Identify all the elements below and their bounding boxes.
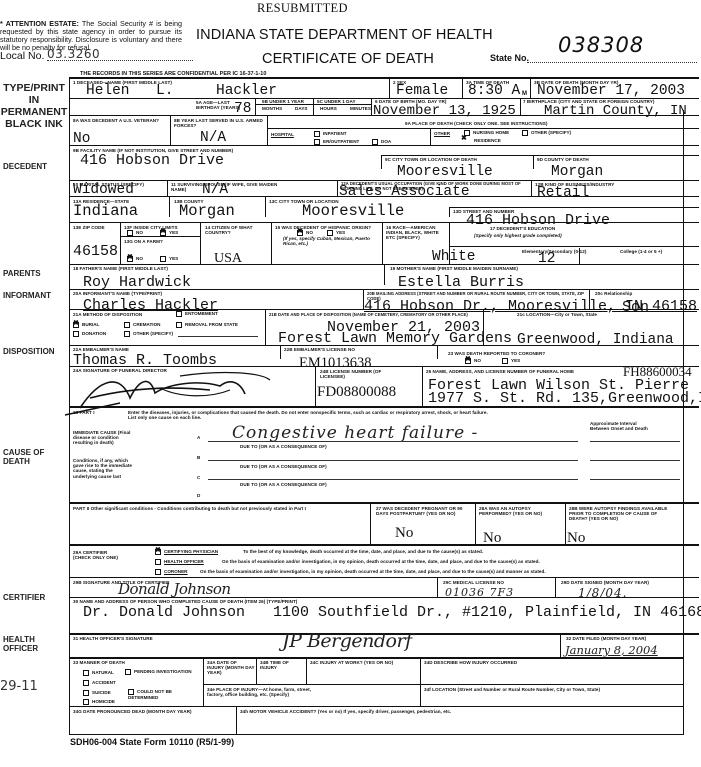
state-number-dots [527, 62, 697, 63]
relationship-label: 20c Relationship [595, 291, 632, 296]
education-college-label: College (1-4 or 5 +) [620, 249, 662, 254]
zip-label: 13e ZIP CODE [73, 225, 105, 230]
business-value: Retail [537, 186, 589, 201]
side-label-decedent: DECEDENT [3, 162, 47, 173]
year-served-value: N/A [200, 131, 226, 146]
due-to-c: DUE TO (OR AS A CONSEQUENCE OF) [240, 482, 327, 487]
under-1-year-days: Days [295, 106, 308, 111]
checkbox-icon [73, 331, 79, 337]
checkbox-icon [128, 689, 134, 695]
disposition-date-place-label: 21b DATE AND PLACE OF DISPOSITION (Name … [269, 312, 481, 317]
autopsy-label: 28a WAS AN AUTOPSY PERFORMED? (Yes or no… [479, 506, 559, 516]
hispanic-yes-checkbox[interactable]: Yes [327, 229, 345, 236]
injury-place-label: 34e PLACE OF INJURY—At home, farm, stree… [207, 687, 327, 697]
checkbox-icon [83, 690, 89, 696]
injury-date-label: 34a DATE OF INJURY (Month Day Year) [207, 660, 255, 676]
checkbox-checked-icon [160, 230, 166, 236]
cause-line-b-letter: b [197, 455, 200, 460]
res-county-value: Morgan [179, 204, 235, 219]
checkbox-icon [83, 680, 89, 686]
farm-no-checkbox[interactable]: No [127, 255, 143, 262]
education-note: (Specify only highest grade completed) [474, 233, 562, 238]
part1-label: 26 PART I [73, 410, 95, 415]
due-to-a: DUE TO (OR AS A CONSEQUENCE OF) [240, 444, 327, 449]
manner-undetermined-checkbox[interactable]: Could not be Determined [128, 689, 188, 700]
funeral-home-address: 1977 S. St. Rd. 135,Greenwood,IN 46143 [428, 391, 701, 406]
checkbox-icon [127, 230, 133, 236]
side-label-parents: PARENTS [3, 269, 41, 280]
farm-yes-checkbox[interactable]: Yes [160, 255, 178, 262]
checkbox-icon [124, 322, 130, 328]
father-label: 18 FATHER'S NAME (First Middle Last) [73, 266, 168, 271]
injury-work-label: 34c INJURY AT WORK? (Yes or no) [310, 660, 400, 665]
place-of-death-label: 9a PLACE OF DEATH (Check only one. See i… [405, 121, 547, 126]
checkbox-checked-icon [73, 322, 79, 328]
sex-value: Female [396, 84, 448, 99]
manner-label: 33 MANNER OF DEATH [73, 660, 125, 665]
checkmark-x-icon [462, 138, 471, 144]
under-1-day-hours: Hours [320, 106, 337, 111]
hospital-doa-checkbox[interactable]: DOA [372, 138, 391, 145]
cause-line-c-letter: c [197, 475, 200, 480]
manner-accident-checkbox[interactable]: Accident [83, 679, 116, 686]
method-other-checkbox[interactable]: Other (Specify) [124, 330, 173, 337]
checkbox-icon [83, 670, 89, 676]
zip-value: 46158 [73, 244, 118, 259]
inside-city-no-checkbox[interactable]: No [127, 229, 143, 236]
coroner-yes-checkbox[interactable]: Yes [502, 357, 520, 364]
hispanic-note: (If yes, specify Cuban, Mexican, Puerto … [283, 236, 383, 246]
side-label-type-print: TYPE/PRINT IN PERMANENT BLACK INK [0, 82, 68, 130]
certifier-coroner-checkbox[interactable]: CORONER [155, 568, 187, 575]
injury-location-label: 34f LOCATION (Street and Number or Rural… [424, 687, 600, 692]
side-label-health-officer: HEALTH OFFICER [3, 635, 53, 653]
immediate-cause-label: IMMEDIATE CAUSE (Final disease or condit… [73, 430, 133, 446]
side-label-certifier: CERTIFIER [3, 593, 45, 604]
informant-name-label: 20a INFORMANT'S NAME (Type/Print) [73, 291, 162, 296]
certifier-health-officer-checkbox[interactable]: HEALTH OFFICER [155, 558, 204, 565]
pregnant-label: 27 WAS DECEDENT PREGNANT OR 90 DAYS POST… [376, 506, 466, 516]
checkbox-icon [124, 331, 130, 337]
checkbox-checked-icon [297, 230, 303, 236]
res-city-value: Mooresville [302, 204, 404, 219]
death-city-label: 9c CITY TOWN OR LOCATION OF DEATH [385, 157, 477, 162]
checkbox-checked-icon [127, 256, 133, 262]
checkbox-icon [327, 230, 333, 236]
medical-license-label: 29c MEDICAL LICENSE NO [443, 580, 504, 585]
race-value: White [432, 250, 476, 265]
cause-line-a-value: Congestive heart failure - [232, 423, 478, 443]
fd-license-value: FD08800088 [317, 384, 396, 401]
checkbox-icon [372, 139, 378, 145]
cause-line-a-letter: a [197, 435, 200, 440]
agency-title: INDIANA STATE DEPARTMENT OF HEALTH [196, 27, 493, 43]
injury-how-label: 34d DESCRIBE HOW INJURY OCCURRED [424, 660, 517, 665]
checkbox-icon [125, 669, 131, 675]
side-label-informant: INFORMANT [3, 291, 51, 302]
occupation-value: Sales Associate [339, 185, 470, 200]
date-filed-value: January 8, 2004 [565, 643, 658, 657]
mother-value: Estella Burris [398, 275, 524, 290]
time-of-death-suffix: M [522, 91, 527, 97]
local-number-value: 03.3260 [47, 47, 100, 61]
method-donation-checkbox[interactable]: Donation [73, 330, 106, 337]
completer-address: 1100 Southfield Dr., #1210, Plainfield, … [273, 605, 701, 620]
checkbox-icon [314, 139, 320, 145]
side-label-disposition: DISPOSITION [3, 347, 55, 358]
hospital-er-checkbox[interactable]: ER/Outpatient [314, 138, 359, 145]
date-signed-label: 29d DATE SIGNED (Month Day Year) [561, 580, 649, 585]
pronounced-label: 34g DATE PRONOUNCED DEAD (Month Day Year… [73, 709, 192, 714]
year-served-label: 8b YEAR LAST SERVED IN U.S. ARMED FORCES… [174, 118, 264, 128]
date-of-death-value: November 17, 2003 [537, 84, 685, 99]
checkbox-icon [160, 256, 166, 262]
local-number-dots [47, 60, 193, 61]
under-1-day-minutes: Minutes [350, 106, 371, 111]
under-1-year-months: Months [262, 106, 282, 111]
method-label: 21a METHOD OF DISPOSITION [73, 312, 142, 317]
injury-time-label: 34b TIME OF INJURY [260, 660, 302, 670]
certifier-health-officer-text: On the basis of examination and/or inves… [222, 559, 540, 564]
disposition-place-value: Forest Lawn Memory Gardens [278, 331, 512, 346]
part1-instructions: Enter the diseases, injuries, or complic… [128, 410, 488, 420]
form-bottom-border [69, 734, 684, 735]
mother-label: 19 MOTHER'S NAME (First Middle Maiden Su… [390, 266, 518, 271]
manner-natural-checkbox[interactable]: Natural [83, 669, 114, 676]
method-cremation-checkbox[interactable]: Cremation [124, 321, 160, 328]
hispanic-label: 15 WAS DECEDENT OF HISPANIC ORIGIN? [275, 225, 371, 230]
checkbox-icon [176, 322, 182, 328]
manner-homicide-checkbox[interactable]: Homicide [83, 698, 115, 705]
facility-value: 416 Hobson Drive [80, 153, 224, 168]
resubmitted-stamp: RESUBMITTED [257, 1, 348, 16]
veteran-label: 8a WAS DECEDENT A U.S. VETERAN? [73, 118, 163, 123]
due-to-b: DUE TO (OR AS A CONSEQUENCE OF) [240, 464, 327, 469]
side-label-cause-of-death: CAUSE OF DEATH [3, 448, 63, 466]
checkbox-icon [155, 569, 161, 575]
certifier-coroner-text: On the basis of examination and/or inves… [200, 569, 546, 574]
interval-label: Approximate Interval Between Onset and D… [590, 421, 648, 431]
form-right-border [683, 110, 684, 734]
part2-label: PART II Other significant conditions - C… [73, 506, 368, 511]
certifier-label: 29a CERTIFIER (Check only one) [73, 550, 123, 560]
health-officer-signature-label: 31 HEALTH OFFICER'S SIGNATURE [73, 636, 153, 641]
pregnant-value: No [395, 525, 413, 542]
coroner-label: 23 WAS DEATH REPORTED TO CORONER? [448, 351, 545, 356]
cause-line-d-letter: d [197, 493, 200, 498]
checkbox-checked-icon [155, 549, 161, 555]
education-label: 17 DECEDENT'S EDUCATION [490, 226, 555, 231]
embalmer-license-label: 22b EMBALMER'S LICENSE NO [284, 347, 355, 352]
funeral-home-label: 25 NAME, ADDRESS, AND LICENSE NUMBER OF … [426, 369, 574, 374]
citizen-label: 14 CITIZEN OF WHAT COUNTRY? [205, 225, 269, 235]
farm-label: 13g ON A FARM? [124, 239, 163, 244]
disposition-location-label: 21c LOCATION—City or Town, State [517, 312, 597, 317]
race-label: 16 RACE—American Indian, Black, White et… [386, 225, 446, 241]
local-number: Local No. [0, 50, 44, 62]
checkbox-icon [155, 559, 161, 565]
death-county-label: 9d COUNTY OF DEATH [537, 157, 589, 162]
spouse-label: 11 SURVIVING SPOUSE (If wife, give maide… [171, 182, 291, 192]
death-county-value: Morgan [551, 165, 603, 180]
deceased-last-name: Hackler [216, 84, 277, 99]
checkbox-icon [176, 311, 182, 317]
manner-pending-checkbox[interactable]: Pending Investigation [125, 669, 195, 675]
coroner-no-checkbox[interactable]: No [465, 357, 481, 364]
deceased-middle-name: L. [156, 84, 173, 99]
method-burial-checkbox[interactable]: Burial [73, 321, 99, 328]
autopsy-findings-label: 28b WERE AUTOPSY FINDINGS AVAILABLE PRIO… [569, 506, 669, 522]
checkbox-icon [502, 358, 508, 364]
death-city-value: Mooresville [397, 165, 493, 180]
res-state-value: Indiana [73, 204, 138, 219]
checkbox-icon [522, 130, 528, 136]
date-filed-label: 32 DATE FILED (Month Day Year) [566, 636, 646, 641]
certifier-physician-checkbox[interactable]: CERTIFYING PHYSICIAN [155, 548, 218, 555]
completer-name: Dr. Donald Johnson [83, 605, 245, 620]
certifier-signature: Donald Johnson [118, 580, 231, 598]
method-entombment-checkbox[interactable]: Entombment [176, 310, 218, 317]
manner-suicide-checkbox[interactable]: Suicide [83, 689, 111, 696]
conditions-label: Conditions, if any, which gave rise to t… [73, 458, 133, 479]
method-removal-checkbox[interactable]: Removal from State [176, 321, 238, 328]
checkbox-icon [83, 699, 89, 705]
certificate-title: CERTIFICATE OF DEATH [262, 51, 434, 67]
local-number-label: Local No. [0, 50, 44, 62]
other-residence-checkbox[interactable]: Residence [462, 137, 501, 144]
checkbox-checked-icon [465, 358, 471, 364]
hospital-label: HOSPITAL [271, 131, 294, 138]
time-of-death-value: 8:30 A [468, 84, 520, 99]
state-number-value: 038308 [558, 33, 644, 57]
certifier-physician-text: To the best of my knowledge, death occur… [243, 549, 483, 554]
under-1-day-label: 5c UNDER 1 DAY [317, 99, 356, 104]
father-value: Roy Hardwick [83, 275, 191, 290]
fd-license-label: 24b LICENSE NUMBER (of Licensee) [320, 369, 390, 379]
deceased-first-name: Helen [86, 84, 130, 99]
motor-vehicle-label: 34h MOTOR VEHICLE ACCIDENT? (Yes or no) … [240, 709, 451, 714]
inside-city-yes-checkbox[interactable]: Yes [160, 229, 178, 236]
margin-note: 29-11 [0, 679, 38, 694]
health-officer-signature: JP Bergendorf [282, 630, 412, 652]
other-other-checkbox[interactable]: Other (Specify) [522, 129, 571, 136]
other-label: OTHER [434, 130, 450, 137]
relationship-value: Son [622, 300, 649, 315]
checkbox-icon [314, 131, 320, 137]
hospital-inpatient-checkbox[interactable]: Inpatient [314, 130, 347, 137]
other-nursing-home-checkbox[interactable]: Nursing Home [464, 129, 509, 136]
form-id: SDH06-004 State Form 10110 (R5/1-99) [70, 737, 234, 747]
state-number-label: State No. [490, 53, 529, 63]
hispanic-no-checkbox[interactable]: No [297, 229, 313, 236]
under-1-year-label: 5b UNDER 1 YEAR [262, 99, 304, 104]
